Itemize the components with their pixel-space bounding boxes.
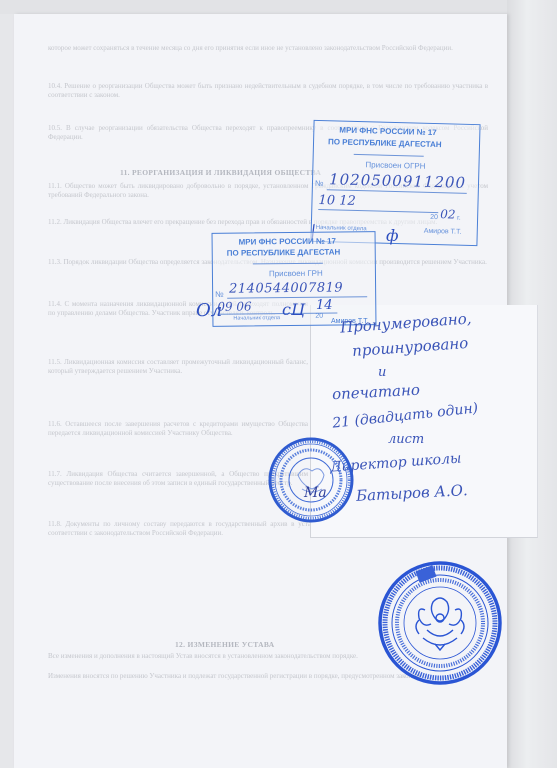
paragraph: 10.4. Решение о реорганизации Общества м… (48, 82, 488, 99)
paragraph: 11.6. Оставшееся после завершения расчет… (48, 420, 308, 437)
section-heading: 12. ИЗМЕНЕНИЕ УСТАВА (175, 640, 274, 649)
signature-mark: сЦ (282, 300, 305, 319)
stamp-label: Присвоен ОГРН (365, 160, 425, 171)
stamp-label: Присвоен ГРН (269, 269, 323, 279)
stamp-authority-line: МРИ ФНС РОССИИ № 17 (239, 237, 336, 247)
stamp-date: 09 06 (217, 299, 252, 313)
note-line: лист (388, 432, 424, 447)
signature-mark: Ол (196, 300, 222, 321)
number-prefix: № (315, 179, 324, 188)
paragraph: 11.5. Ликвидационная комиссия составляет… (48, 358, 308, 375)
stamp-date: 10 12 (318, 193, 356, 209)
stamp-year: 02 (440, 207, 456, 221)
grn-number: 2140544007819 (229, 280, 343, 296)
ogrn-number: 1020500911200 (329, 170, 467, 192)
note-line: и (378, 365, 386, 380)
official-name: Амиров Т.Т. (424, 228, 462, 236)
stamp-region-line: ПО РЕСПУБЛИКЕ ДАГЕСТАН (328, 137, 442, 149)
stamp-region-line: ПО РЕСПУБЛИКЕ ДАГЕСТАН (227, 248, 341, 258)
school-round-seal: Ма (268, 437, 354, 523)
paragraph: которое может сохраняться в течение меся… (48, 44, 488, 53)
grn-stamp-year: 14 (316, 298, 333, 313)
signature-mark: ф (386, 226, 399, 245)
tax-inspectorate-round-seal (377, 560, 503, 686)
stamp-authority-line: МРИ ФНС РОССИИ № 17 (339, 126, 437, 138)
section-heading: 11. РЕОРГАНИЗАЦИЯ И ЛИКВИДАЦИЯ ОБЩЕСТВА (120, 168, 321, 177)
svg-text:Ма: Ма (303, 485, 327, 501)
number-prefix: № (215, 290, 224, 299)
scan-top-edge (0, 0, 557, 14)
